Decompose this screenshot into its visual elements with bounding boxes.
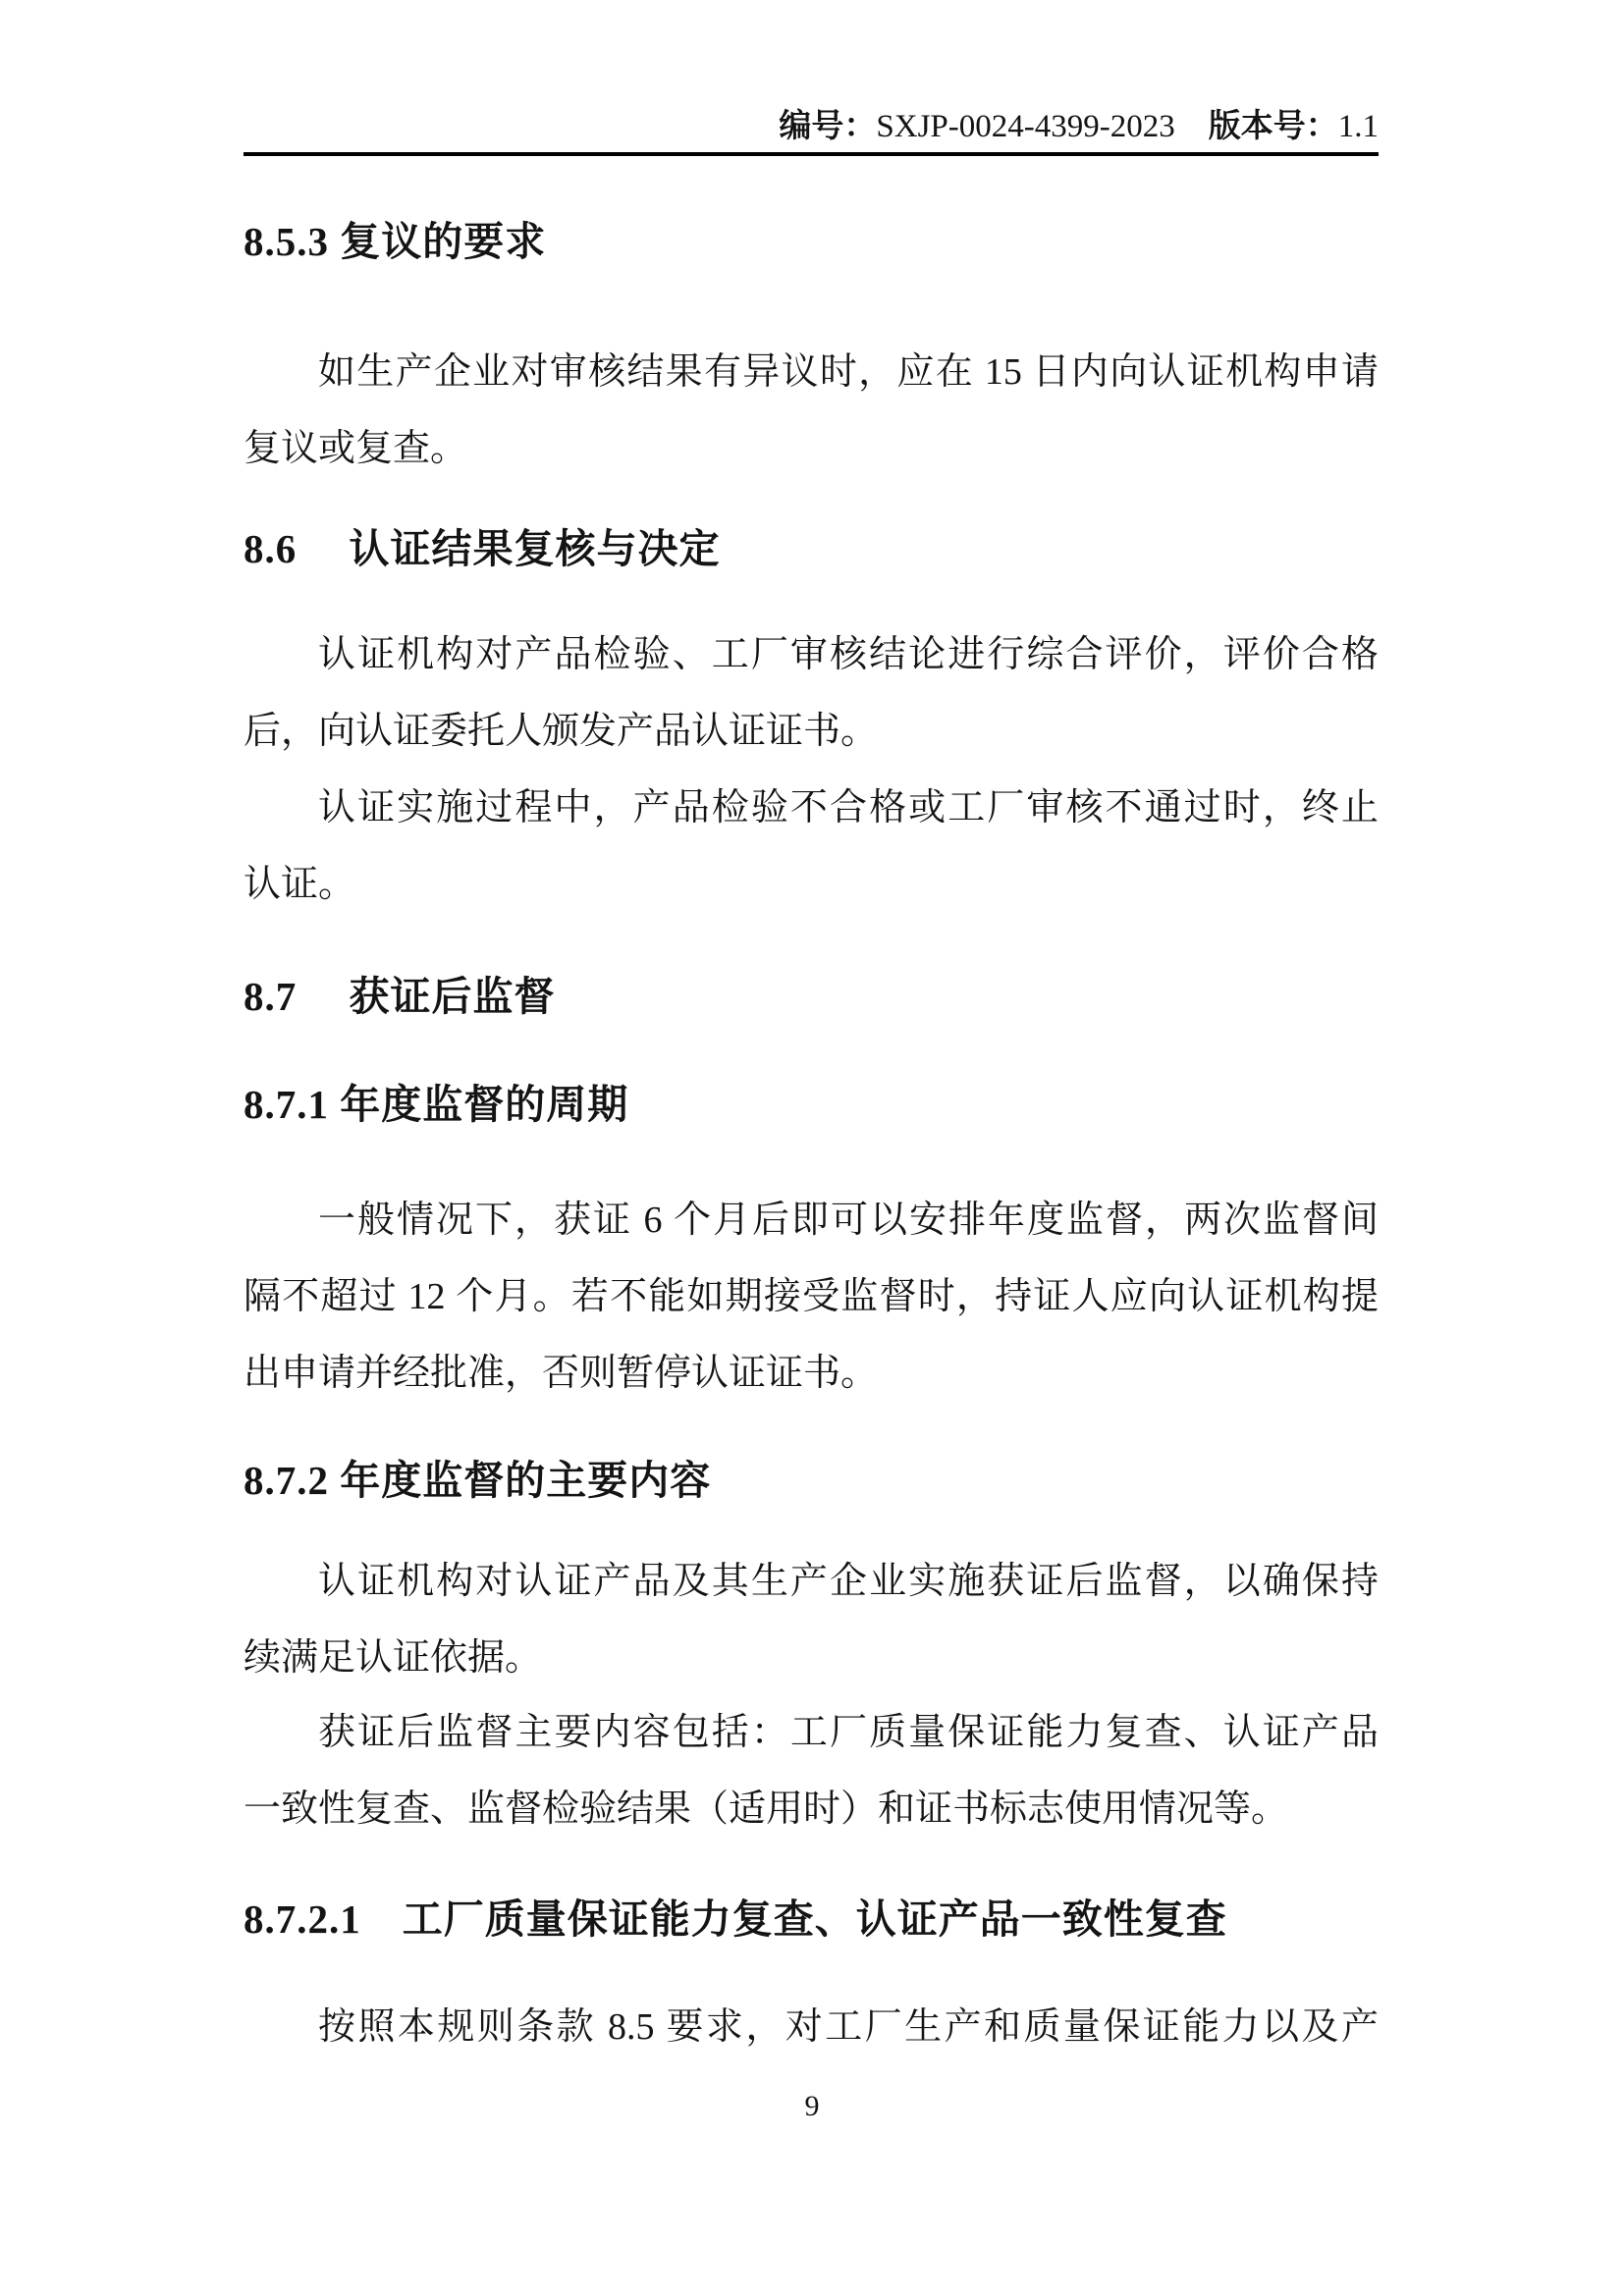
paragraph-line: 如生产企业对审核结果有异议时，应在 15 日内向认证机构申请 [244,334,1379,410]
paragraph-line: 认证机构对产品检验、工厂审核结论进行综合评价，评价合格 [244,616,1379,693]
paragraph-line: 获证后监督主要内容包括：工厂质量保证能力复查、认证产品 [244,1694,1379,1771]
paragraph-line: 复议或复查。 [244,410,1379,487]
section-heading-8-7-2-1: 8.7.2.1 工厂质量保证能力复查、认证产品一致性复查 [244,1881,1379,1957]
document-page: 编号：SXJP-0024-4399-2023版本号：1.1 8.5.3 复议的要… [0,0,1624,2296]
paragraph-line: 认证机构对认证产品及其生产企业实施获证后监督，以确保持 [244,1543,1379,1620]
section-heading-8-7-1: 8.7.1 年度监督的周期 [244,1066,1379,1143]
paragraph-line: 后，向认证委托人颁发产品认证证书。 [244,693,1379,770]
section-heading-8-6: 8.6 认证结果复核与决定 [244,510,1379,587]
paragraph-line: 隔不超过 12 个月。若不能如期接受监督时，持证人应向认证机构提 [244,1258,1379,1335]
version-label: 版本号： [1209,109,1338,144]
paragraph-line: 认证实施过程中，产品检验不合格或工厂审核不通过时，终止 [244,770,1379,846]
version-value: 1.1 [1338,109,1379,144]
doc-number-label: 编号： [779,109,876,144]
doc-number-value: SXJP-0024-4399-2023 [876,109,1174,144]
paragraph-line: 一般情况下，获证 6 个月后即可以安排年度监督，两次监督间 [244,1182,1379,1258]
paragraph-line: 按照本规则条款 8.5 要求，对工厂生产和质量保证能力以及产 [244,1989,1379,2065]
paragraph-line: 续满足认证依据。 [244,1620,1379,1696]
paragraph-line: 一致性复查、监督检验结果（适用时）和证书标志使用情况等。 [244,1771,1379,1847]
paragraph-line: 出申请并经批准，否则暂停认证证书。 [244,1335,1379,1412]
section-heading-8-7: 8.7 获证后监督 [244,958,1379,1035]
page-header: 编号：SXJP-0024-4399-2023版本号：1.1 [244,105,1379,148]
header-rule [244,152,1379,156]
section-heading-8-7-2: 8.7.2 年度监督的主要内容 [244,1442,1379,1519]
paragraph-line: 认证。 [244,846,1379,923]
section-heading-8-5-3: 8.5.3 复议的要求 [244,203,1379,280]
page-number: 9 [0,2085,1624,2128]
